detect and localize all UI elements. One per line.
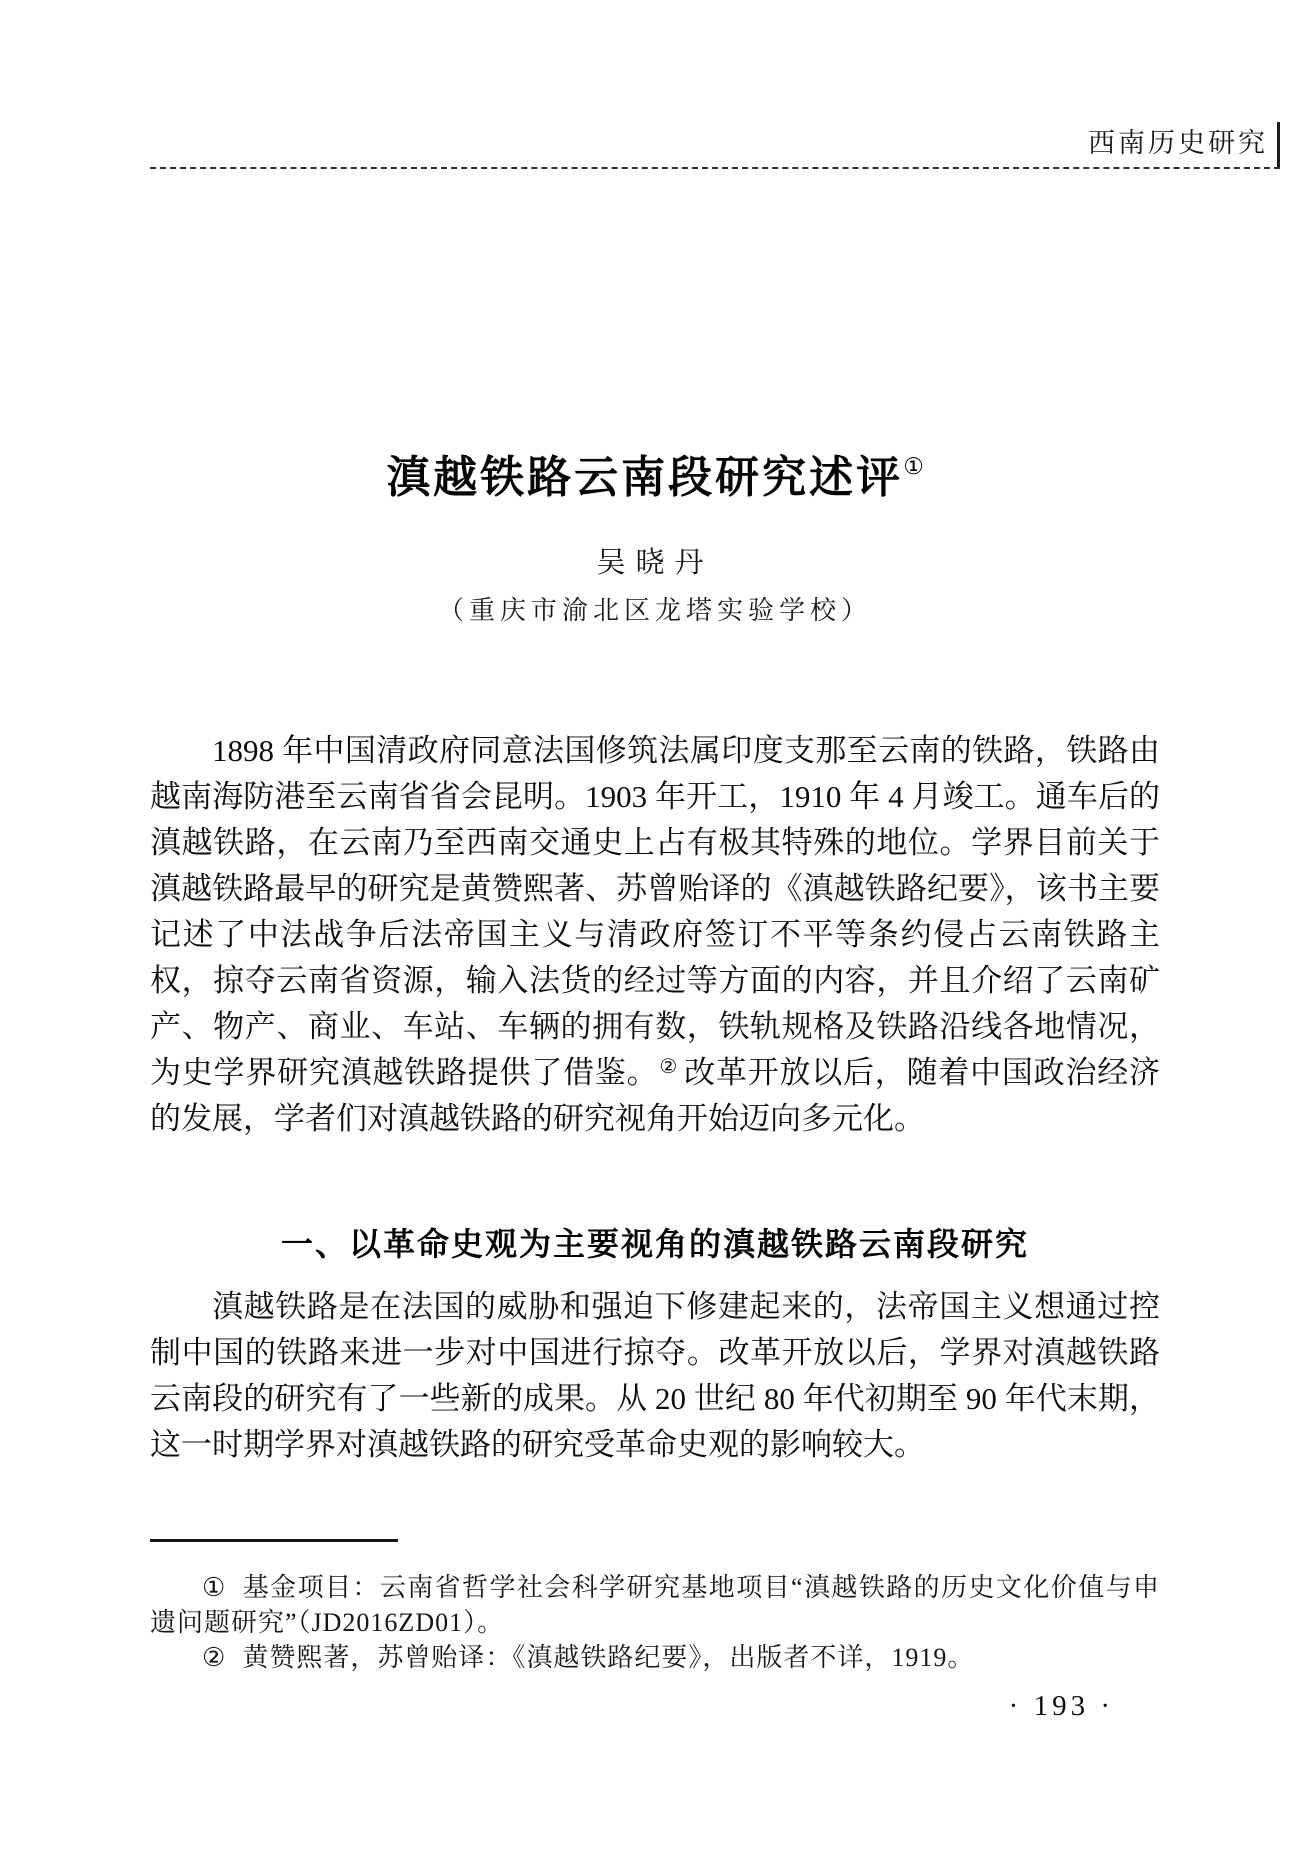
footnote-marker: ① (202, 1573, 227, 1602)
inline-footnote-ref: ② (659, 1056, 678, 1078)
footnote-marker: ② (202, 1643, 226, 1672)
journal-header: 西南历史研究 (150, 108, 1280, 168)
page-number: · 193 · (150, 1690, 1160, 1723)
author-affiliation: （重庆市渝北区龙塔实验学校） (150, 590, 1160, 627)
article-title-text: 滇越铁路云南段研究述评 (386, 453, 903, 502)
footnote-text: 黄赞熙著，苏曾贻译：《滇越铁路纪要》，出版者不详，1919。 (242, 1643, 974, 1672)
title-footnote-ref: ① (903, 454, 924, 479)
header-dashed-rule (150, 167, 1280, 169)
body-paragraph-2: 滇越铁路是在法国的威胁和强迫下修建起来的，法帝国主义想通过控制中国的铁路来进一步… (150, 1284, 1160, 1468)
author-name: 吴晓丹 (150, 540, 1160, 581)
footnote-separator-rule (150, 1539, 398, 1542)
header-divider-bar (1277, 122, 1280, 168)
paragraph-1-text-before-note: 1898 年中国清政府同意法国修筑法属印度支那至云南的铁路，铁路由越南海防港至云… (150, 733, 1160, 1090)
section-heading: 一、以革命史观为主要视角的滇越铁路云南段研究 (150, 1219, 1160, 1265)
footnote-item: ②黄赞熙著，苏曾贻译：《滇越铁路纪要》，出版者不详，1919。 (150, 1640, 1160, 1675)
footnote-list: ①基金项目：云南省哲学社会科学研究基地项目“滇越铁路的历史文化价值与申遗问题研究… (150, 1570, 1160, 1675)
journal-title: 西南历史研究 (1088, 124, 1268, 168)
article-title: 滇越铁路云南段研究述评① (150, 441, 1160, 505)
footnote-item: ①基金项目：云南省哲学社会科学研究基地项目“滇越铁路的历史文化价值与申遗问题研究… (150, 1570, 1160, 1640)
document-page: 西南历史研究 滇越铁路云南段研究述评① 吴晓丹 （重庆市渝北区龙塔实验学校） 1… (0, 0, 1307, 1859)
body-paragraph-1: 1898 年中国清政府同意法国修筑法属印度支那至云南的铁路，铁路由越南海防港至云… (150, 728, 1160, 1142)
footnote-text: 基金项目：云南省哲学社会科学研究基地项目“滇越铁路的历史文化价值与申遗问题研究”… (150, 1573, 1160, 1637)
